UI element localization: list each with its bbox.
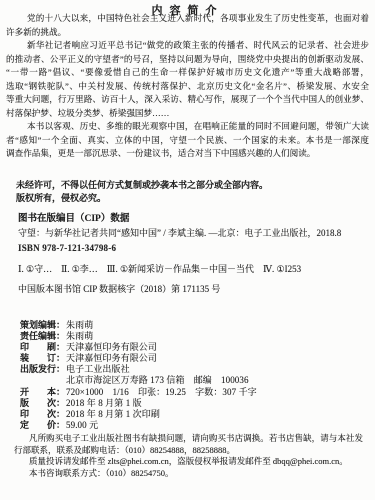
cip-record-number-line: 中国版本图书馆 CIP 数据核字（2018）第 171135 号 [18, 283, 368, 295]
intro-line: 选取“钢铁驼队”、中关村发展、传统村落保护、北京历史文化“金名片”、桥梁发展、水… [6, 80, 369, 94]
cip-data-section: 图书在版编目（CIP）数据 守望：与新华社记者共同“感知中国” / 李斌主编. … [18, 213, 368, 295]
cip-isbn: ISBN 978-7-121-34798-6 [18, 242, 368, 254]
colophon-row: 开 本：720×1000 1/16 印张：19.25 字数：307 千字 [20, 387, 360, 398]
colophon-section: 策划编辑：朱雨萌 责任编辑：朱雨萌 印 刷：天津嘉恒印务有限公司 装 订：天津嘉… [20, 320, 360, 431]
colophon-row: 版 次：2018 年 8 月第 1 版 [20, 398, 360, 409]
footer-line: 本书咨询联系方式：（010）88254750。 [14, 468, 363, 480]
footer-line: 凡所购买电子工业出版社图书有缺损问题，请向购买书店调换。若书店售缺，请与本社发 [14, 433, 363, 445]
colophon-value: 59.00 元 [66, 420, 98, 430]
copyright-notice: 未经许可，不得以任何方式复制或抄袭本书之部分或全部内容。 版权所有，侵权必究。 [16, 179, 366, 205]
colophon-row: 印 次：2018 年 8 月第 1 次印刷 [20, 409, 360, 420]
colophon-row: 北京市海淀区万寿路 173 信箱 邮编 100036 [20, 375, 360, 386]
intro-line: 党的十八大以来，中国特色社会主义进入新时代，各项事业发生了历史性变革，也面对着 [6, 12, 369, 26]
cip-title-line: 守望：与新华社记者共同“感知中国” / 李斌主编. —北京：电子工业出版社，20… [18, 227, 368, 239]
intro-line: 新华社记者响应习近平总书记“做党的政策主张的传播者、时代风云的记录者、社会进步 [6, 39, 369, 53]
intro-line: “一带一路”倡议、“要像爱惜自己的生命一样保护好城市历史文化遗产”等重大战略部署… [6, 66, 369, 80]
colophon-label: 版 次： [20, 398, 66, 409]
footer-line: 行部联系，联系及邮购电话：（010）88254888，88258888。 [14, 445, 363, 457]
colophon-row: 策划编辑：朱雨萌 [20, 320, 360, 331]
colophon-label: 印 次： [20, 409, 66, 420]
colophon-value: 朱雨萌 [66, 320, 93, 330]
purchase-service-notes: 凡所购买电子工业出版社图书有缺损问题，请向购买书店调换。若书店售缺，请与本社发 … [14, 433, 363, 479]
copyright-line: 版权所有，侵权必究。 [16, 192, 366, 205]
book-copyright-page: 内容简介 党的十八大以来，中国特色社会主义进入新时代，各项事业发生了历史性变革，… [0, 0, 375, 500]
colophon-value: 电子工业出版社 [66, 364, 130, 374]
colophon-row: 定 价：59.00 元 [20, 420, 360, 431]
intro-line: 本书以客观、历史、多维的眼光观察中国，在唱响正能量的同时不回避问题，带领广大读 [6, 120, 369, 134]
intro-line: 者“感知”一个全面、真实、立体的中国，守望一个民族、一个国家的未来。本书是一部深… [6, 134, 369, 148]
colophon-label: 装 订： [20, 353, 66, 364]
colophon-value: 北京市海淀区万寿路 173 信箱 邮编 100036 [66, 375, 249, 385]
colophon-value: 天津嘉恒印务有限公司 [66, 342, 157, 352]
colophon-label: 责任编辑： [20, 331, 66, 342]
cip-heading: 图书在版编目（CIP）数据 [18, 213, 368, 225]
cip-classification-line: Ⅰ. ①守… Ⅱ. ①李… Ⅲ. ①新闻采访－作品集－中国－当代 Ⅳ. ①I25… [18, 263, 368, 275]
colophon-row: 出版发行：电子工业出版社 [20, 364, 360, 375]
colophon-row: 印 刷：天津嘉恒印务有限公司 [20, 342, 360, 353]
colophon-label: 策划编辑： [20, 320, 66, 331]
colophon-label: 出版发行： [20, 364, 66, 375]
colophon-value: 天津嘉恒印务有限公司 [66, 353, 157, 363]
colophon-value: 朱雨萌 [66, 331, 93, 341]
colophon-row: 责任编辑：朱雨萌 [20, 331, 360, 342]
intro-line: 等重大问题，行万里路、访百十人，深入采访、精心写作，展现了一个个当代中国人的创业… [6, 93, 369, 107]
intro-line: 村落保护梦、垃圾分类梦、桥梁强国梦…… [6, 107, 369, 121]
colophon-value: 720×1000 1/16 印张：19.25 字数：307 千字 [66, 387, 257, 397]
colophon-label: 开 本： [20, 387, 66, 398]
colophon-label: 印 刷： [20, 342, 66, 353]
colophon-label: 定 价： [20, 420, 66, 431]
content-summary-section: 党的十八大以来，中国特色社会主义进入新时代，各项事业发生了历史性变革，也面对着 … [6, 12, 369, 161]
intro-line: 调查作品集，更是一部沉思录、一份建议书，适合对当下中国感兴趣的人们阅读。 [6, 147, 369, 161]
colophon-value: 2018 年 8 月第 1 版 [66, 398, 142, 408]
footer-line: 质量投诉请发邮件至 zlts@phei.com.cn，盗版侵权举报请发邮件至 d… [14, 456, 363, 468]
intro-line: 许多新的挑战。 [6, 26, 369, 40]
colophon-value: 2018 年 8 月第 1 次印刷 [66, 409, 160, 419]
intro-line: 的推动者、公平正义的守望者”的号召，坚持以问题为导向，围绕党中央提出的创新驱动发… [6, 53, 369, 67]
copyright-line: 未经许可，不得以任何方式复制或抄袭本书之部分或全部内容。 [16, 179, 366, 192]
colophon-row: 装 订：天津嘉恒印务有限公司 [20, 353, 360, 364]
